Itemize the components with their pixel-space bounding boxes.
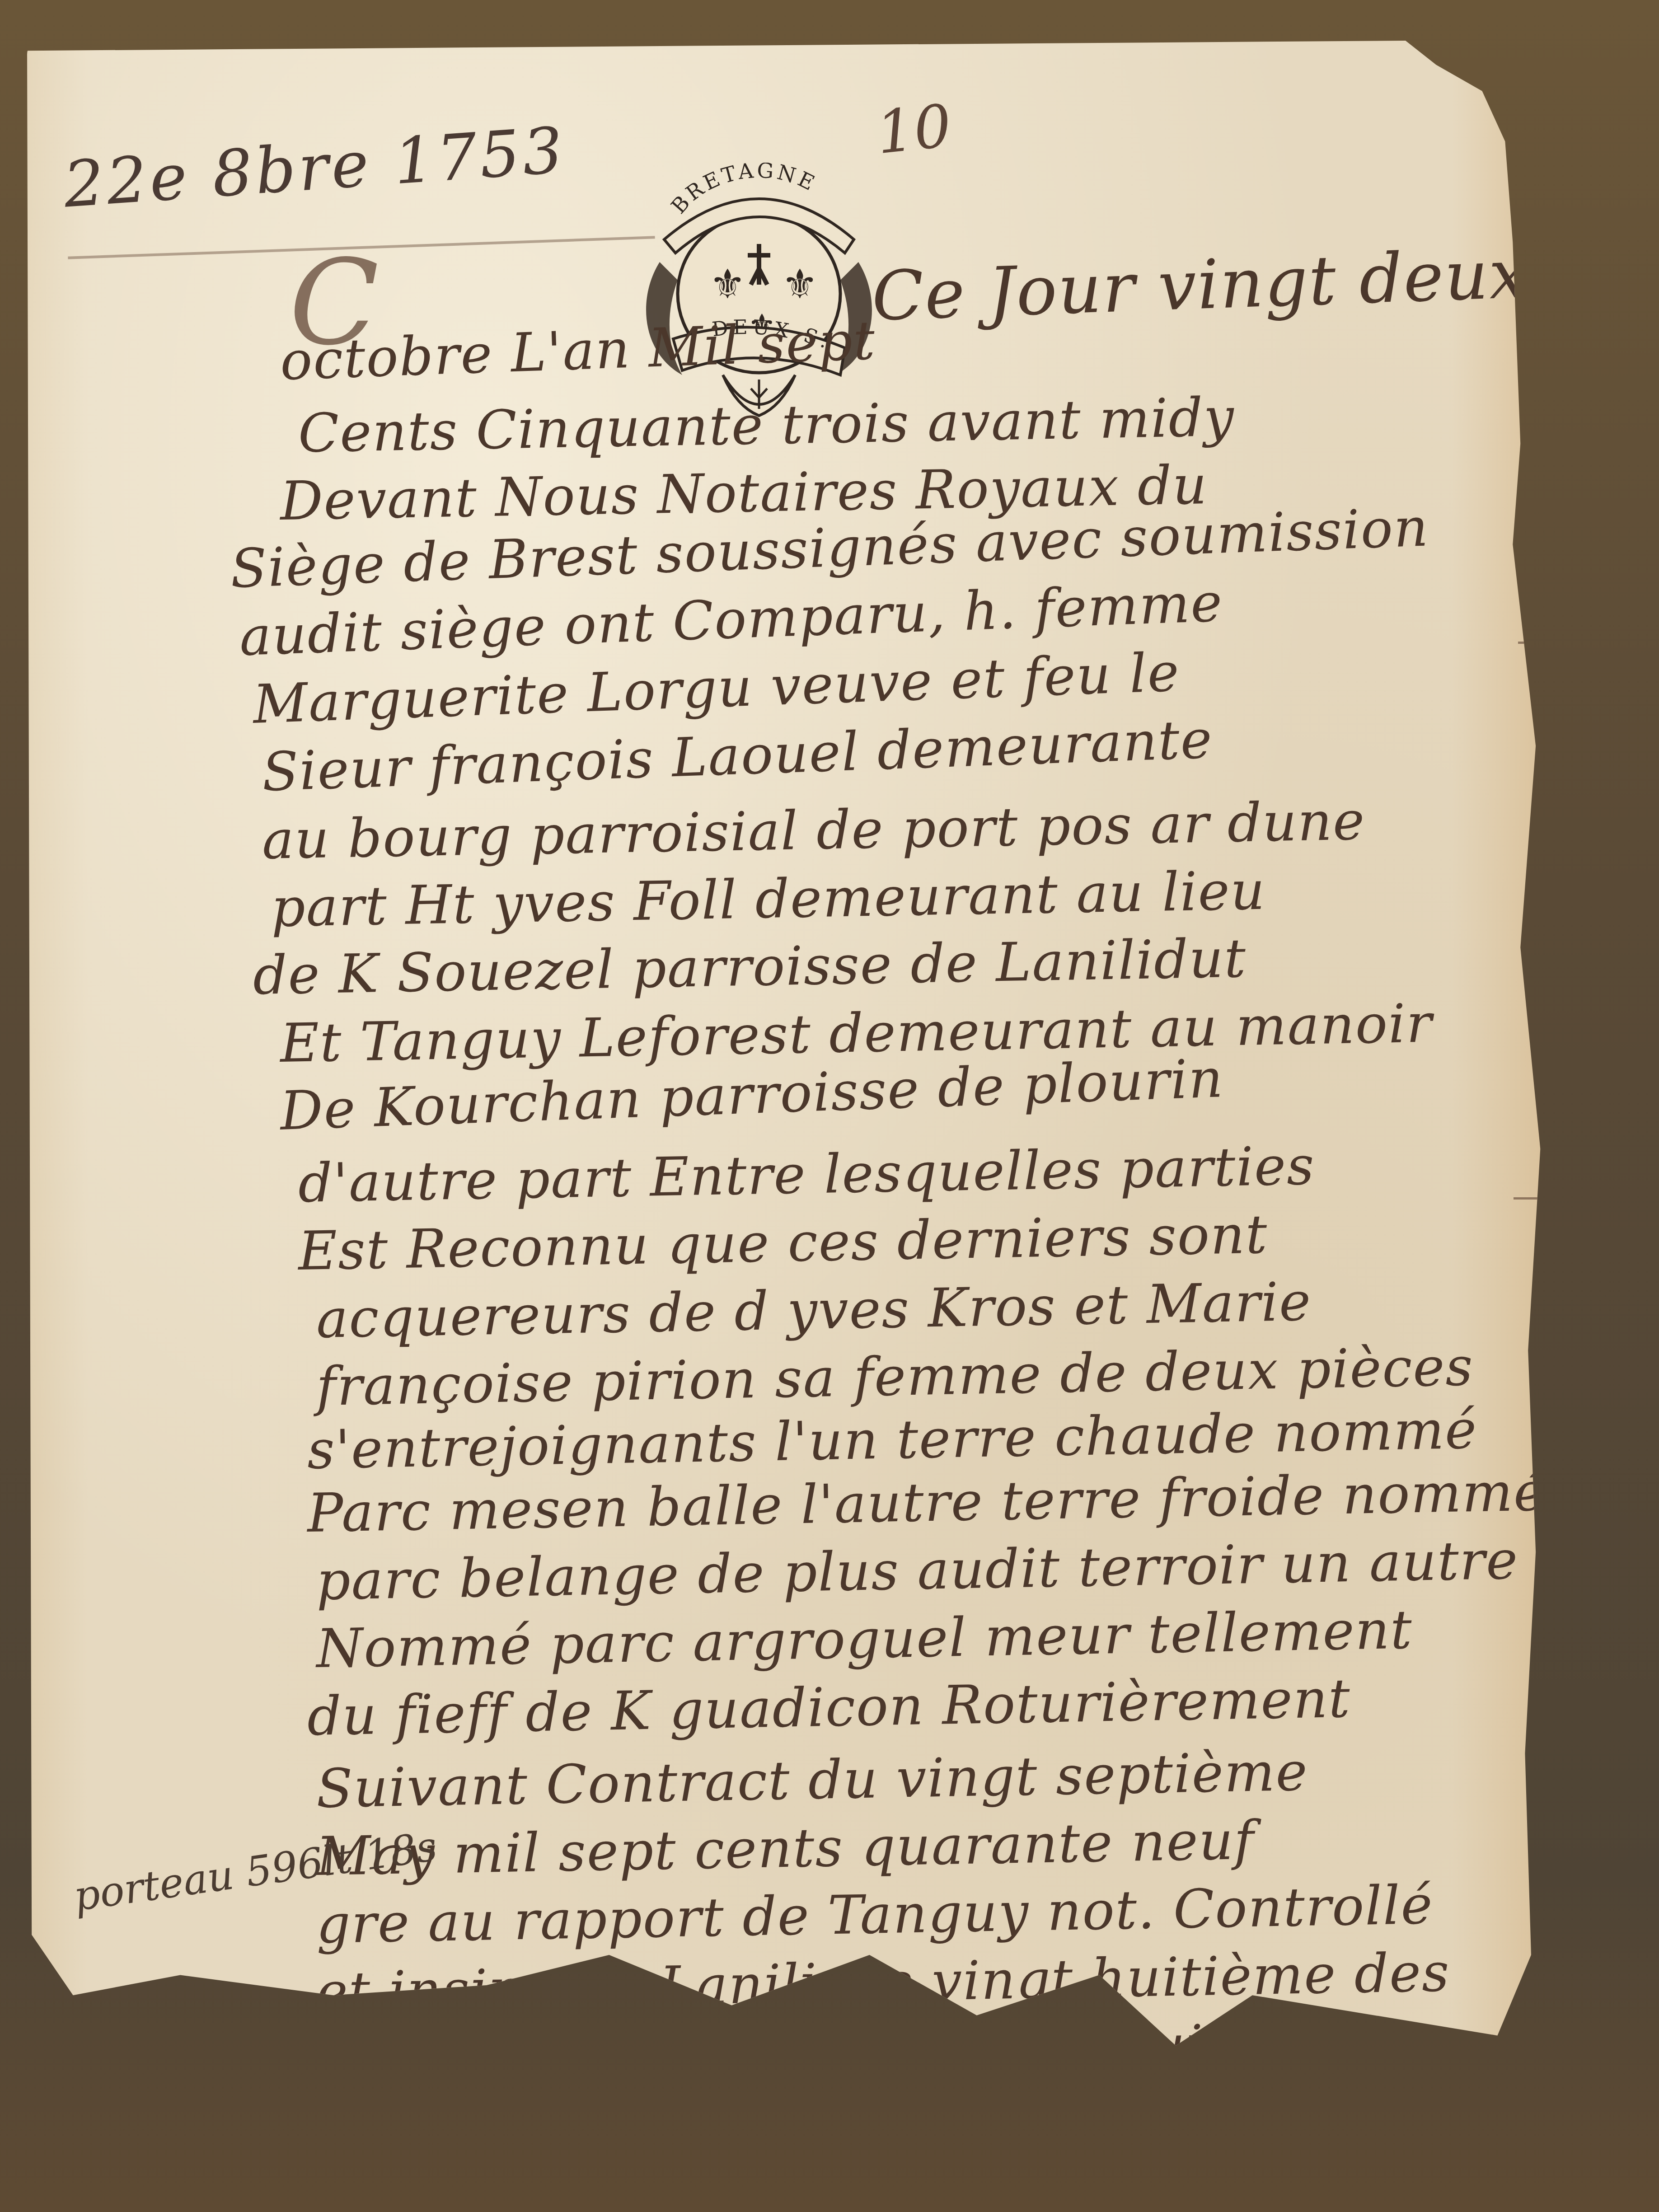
text-line: acquereurs de d yves Kros et Marie xyxy=(316,1270,1312,1350)
text-line: Nommé parc argroguel meur tellement xyxy=(316,1598,1413,1680)
text-line: dits mois et an par Lemoign qui a reçu xyxy=(316,2010,1398,2091)
text-line: Est Reconnu que ces derniers sont xyxy=(298,1203,1269,1282)
date-annotation: 22e 8bre 1753 xyxy=(61,113,568,222)
text-line: May mil sept cents quarante neuf xyxy=(316,1809,1255,1888)
line-filler-dash xyxy=(1518,642,1550,644)
text-line: au bourg parroisial de port pos ar dune xyxy=(262,789,1366,871)
text-line: Ce Jour vingt deuxième xyxy=(871,229,1659,336)
text-line: et insinué à Lanilis le vingt huitième d… xyxy=(316,1941,1451,2023)
line-filler-dash xyxy=(1518,348,1554,350)
text-line: d'autre part Entre lesquelles parties xyxy=(298,1134,1316,1214)
text-line: gre au rapport de Tanguy not. Controllé xyxy=(316,1874,1434,1955)
text-line: part Ht yves Foll demeurant au lieu xyxy=(271,859,1266,939)
manuscript-page: 22e 8bre 1753 10 BRETAGNE ⚜ ⚜ ⚜ xyxy=(27,41,1559,2056)
svg-text:⚜: ⚜ xyxy=(709,261,746,308)
text-line: Suivant Contract du vingt septième xyxy=(316,1740,1309,1820)
text-line: du fieff de K guadicon Roturièrement xyxy=(307,1667,1351,1748)
line-filler-dash xyxy=(1514,1197,1554,1200)
text-line: Cents Cinquante trois avant midy xyxy=(298,386,1235,464)
svg-text:⚜: ⚜ xyxy=(782,261,818,308)
folio-number: 10 xyxy=(873,91,955,167)
text-line: de K Souezel parroisse de Lanilidut xyxy=(253,927,1247,1007)
